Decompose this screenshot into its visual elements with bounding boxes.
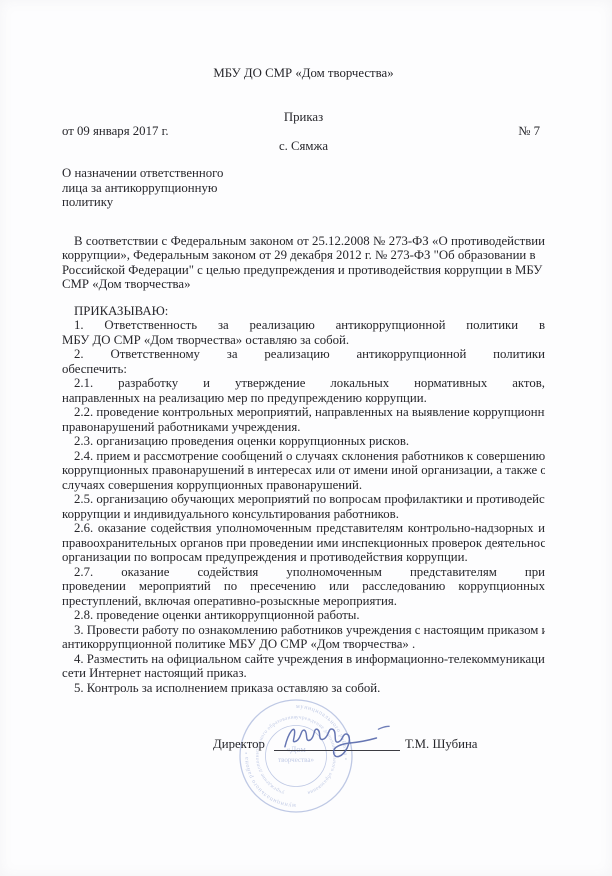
text-line: антикоррупционной политике МБУ ДО СМР «Д… [62, 637, 545, 652]
paragraph: ПРИКАЗЫВАЮ: [62, 304, 545, 319]
text-line: коррупционных правонарушений в интересах… [62, 463, 545, 478]
text-line: коррупции и индивидуального консультиров… [62, 507, 545, 522]
text-line: направленных на реализацию мер по предуп… [62, 391, 545, 406]
doc-place: с. Сямжа [62, 139, 545, 154]
text-line: преступлений, включая оперативно-розыскн… [62, 594, 545, 609]
paragraph: 2.6. оказание содействия уполномоченным … [62, 521, 545, 565]
paragraph: 3. Провести работу по ознакомлению работ… [62, 623, 545, 652]
paragraph: 2. Ответственному за реализацию антикорр… [62, 347, 545, 376]
paragraph: 2.8. проведение оценки антикоррупционной… [62, 608, 545, 623]
paragraph: 2.4. прием и рассмотрение сообщений о сл… [62, 449, 545, 493]
subject-line: лица за антикоррупционную [62, 181, 545, 196]
paragraph: 2.3. организацию проведения оценки корру… [62, 434, 545, 449]
text-line: правоохранительных органов при проведени… [62, 536, 545, 551]
text-line: 2. Ответственному за реализацию антикорр… [62, 347, 545, 362]
text-line: 2.6. оказание содействия уполномоченным … [62, 521, 545, 536]
paragraph: 2.5. организацию обучающих мероприятий п… [62, 492, 545, 521]
org-name: МБУ ДО СМР «Дом творчества» [62, 66, 545, 81]
text-line: 3. Провести работу по ознакомлению работ… [62, 623, 545, 638]
doc-meta-row: от 09 января 2017 г. № 7 [62, 124, 545, 139]
signature-role: Директор [213, 737, 265, 752]
text-line: 2.5. организацию обучающих мероприятий п… [62, 492, 545, 507]
text-line: 2.3. организацию проведения оценки корру… [62, 434, 545, 449]
text-line: 2.2. проведение контрольных мероприятий,… [62, 405, 545, 420]
text-line: 2.1. разработку и утверждение локальных … [62, 376, 545, 391]
text-line: организации по вопросам предупреждения и… [62, 550, 545, 565]
text-line: коррупции», Федеральным законом от 29 де… [62, 248, 545, 263]
signature-row: Директор Т.М. Шубина [213, 736, 545, 751]
text-line: Российской Федерации" с целью предупрежд… [62, 263, 545, 278]
paragraph: 5. Контроль за исполнением приказа остав… [62, 681, 545, 696]
paragraph: 2.2. проведение контрольных мероприятий,… [62, 405, 545, 434]
doc-date: от 09 января 2017 г. [62, 124, 169, 139]
subject-line: политику [62, 195, 545, 210]
text-line: 2.8. проведение оценки антикоррупционной… [62, 608, 545, 623]
paragraph: 1. Ответственность за реализацию антикор… [62, 318, 545, 347]
subject-line: О назначении ответственного [62, 166, 545, 181]
paragraph: 2.7. оказание содействия уполномоченным … [62, 565, 545, 609]
paragraph: 2.1. разработку и утверждение локальных … [62, 376, 545, 405]
text-line: 1. Ответственность за реализацию антикор… [62, 318, 545, 333]
handwritten-signature [282, 717, 394, 759]
text-line: 2.4. прием и рассмотрение сообщений о сл… [62, 449, 545, 464]
text-line: МБУ ДО СМР «Дом творчества» оставляю за … [62, 333, 545, 348]
text-line: СМР «Дом творчества» [62, 277, 545, 292]
document-content: МБУ ДО СМР «Дом творчества» Приказ от 09… [0, 0, 612, 876]
text-line: случаях совершения коррупционных правона… [62, 478, 545, 493]
text-line: 2.7. оказание содействия уполномоченным … [62, 565, 545, 580]
doc-subject: О назначении ответственного лица за анти… [62, 166, 545, 210]
paragraph: В соответствии с Федеральным законом от … [62, 234, 545, 292]
doc-type-title: Приказ [62, 110, 545, 125]
signatory-name: Т.М. Шубина [405, 737, 478, 752]
document-body: В соответствии с Федеральным законом от … [62, 234, 545, 696]
text-line: ПРИКАЗЫВАЮ: [62, 304, 545, 319]
text-line: 5. Контроль за исполнением приказа остав… [62, 681, 545, 696]
document-page: муниципального района • муниципального р… [0, 0, 612, 876]
paragraph: 4. Разместить на официальном сайте учреж… [62, 652, 545, 681]
text-line: 4. Разместить на официальном сайте учреж… [62, 652, 545, 667]
text-line: В соответствии с Федеральным законом от … [62, 234, 545, 249]
text-line: правонарушений работниками учреждения. [62, 420, 545, 435]
text-line: обеспечить: [62, 362, 545, 377]
signature-line [274, 736, 400, 751]
text-line: проведении мероприятий по пресечению или… [62, 579, 545, 594]
text-line: сети Интернет настоящий приказ. [62, 666, 545, 681]
doc-number: № 7 [518, 124, 540, 139]
